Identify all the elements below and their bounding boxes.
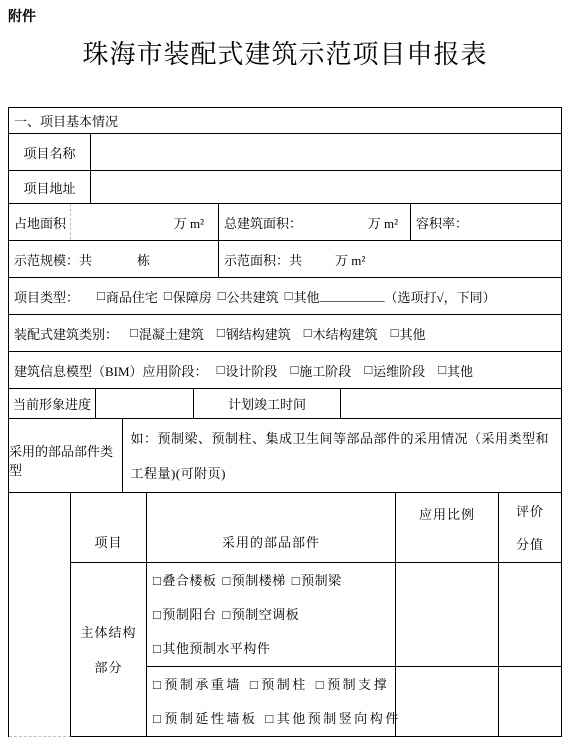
checkbox-option-label: 预制空调板 — [232, 598, 300, 632]
checkbox-icon: □ — [222, 564, 230, 598]
project-type-note: （选项打√，下同） — [385, 287, 496, 306]
checkbox-icon: □ — [217, 325, 225, 341]
completion-value[interactable] — [341, 389, 561, 419]
checkbox-option-label: 预制梁 — [301, 564, 342, 598]
checkbox-option[interactable]: □运维阶段 — [364, 361, 425, 380]
other-fill-blank[interactable]: __________ — [320, 288, 385, 304]
document-page: 附件 珠海市装配式建筑示范项目申报表 一、项目基本情况 项目名称 项目地址 占地… — [0, 0, 570, 744]
checkbox-option[interactable]: □其他 — [438, 361, 473, 380]
project-name-label: 项目名称 — [9, 134, 91, 171]
demo-area-unit: 万 m² — [335, 250, 365, 269]
bim-stage-row: 建筑信息模型（BIM）应用阶段： □设计阶段 □施工阶段 □运维阶段 □其他 — [9, 352, 561, 389]
checkbox-option-label: 叠合楼板 — [162, 564, 216, 598]
checkbox-icon: □ — [153, 598, 161, 632]
checkbox-option-label: 设计阶段 — [225, 361, 277, 380]
checkbox-option[interactable]: □叠合楼板 — [153, 564, 216, 598]
checkbox-option-label: 运维阶段 — [373, 361, 425, 380]
attachment-label: 附件 — [8, 6, 36, 26]
checkbox-option[interactable]: □混凝土建筑 — [130, 324, 204, 343]
checkbox-option-label: 保障房 — [173, 287, 212, 306]
checkbox-icon: □ — [222, 598, 230, 632]
checkbox-icon: □ — [250, 668, 260, 702]
project-address-value[interactable] — [91, 171, 561, 204]
checkbox-option[interactable]: □保障房 — [164, 287, 212, 306]
demo-scale-label: 示范规模：共 — [14, 250, 92, 269]
checkbox-icon: □ — [364, 362, 372, 378]
building-category-label: 装配式建筑类别： — [14, 324, 118, 343]
checkbox-option[interactable]: □预制承重墙 — [153, 668, 242, 702]
checkbox-option-label: 混凝土建筑 — [139, 324, 204, 343]
building-category-row: 装配式建筑类别： □混凝土建筑 □钢结构建筑 □木结构建筑 □其他 — [9, 315, 561, 352]
bim-stage-label: 建筑信息模型（BIM）应用阶段： — [14, 361, 208, 380]
table-row-vertical-members: □预制承重墙 □预制柱 □预制支撑 — [147, 667, 561, 737]
project-type-row: 项目类型： □商品住宅 □保障房 □公共建筑 □其他 __________ （选… — [9, 278, 561, 315]
column-guide-line — [70, 204, 71, 240]
checkbox-option-label: 木结构建筑 — [313, 324, 378, 343]
checkbox-icon: □ — [438, 362, 446, 378]
checkbox-option[interactable]: □木结构建筑 — [304, 324, 378, 343]
checkbox-option[interactable]: □其他 — [285, 287, 320, 306]
progress-value[interactable] — [96, 389, 194, 419]
checkbox-icon: □ — [290, 362, 298, 378]
table-row-horizontal-members: □叠合楼板 □预制楼梯 □预制梁 — [147, 563, 561, 667]
checkbox-option[interactable]: □钢结构建筑 — [217, 324, 291, 343]
score-table: 项目 采用的部品部件 应用比例 评价 分值 主体结构 部分 — [9, 493, 561, 737]
checkbox-icon: □ — [316, 668, 326, 702]
checkbox-option[interactable]: □其他预制竖向构件 — [265, 702, 400, 736]
demo-scale-cell[interactable]: 示范规模：共 栋 — [9, 241, 219, 278]
checkbox-icon: □ — [164, 288, 172, 304]
checkbox-icon: □ — [292, 564, 300, 598]
demo-scale-unit: 栋 — [137, 250, 150, 269]
checkbox-option[interactable]: □施工阶段 — [290, 361, 351, 380]
ratio-value-cell[interactable] — [396, 563, 499, 667]
col-header-score: 评价 分值 — [499, 493, 561, 563]
checkbox-option-label: 其他 — [400, 324, 426, 343]
checkbox-option-label: 其他预制竖向构件 — [277, 702, 401, 736]
score-left-spacer-cell — [9, 493, 71, 737]
group-label-main-structure: 主体结构 部分 — [71, 563, 147, 737]
checkbox-option-label: 预制延性墙板 — [164, 702, 257, 736]
checkbox-option-label: 公共建筑 — [227, 287, 279, 306]
checkbox-option-label: 预制阳台 — [162, 598, 216, 632]
checkbox-option[interactable]: □预制柱 — [250, 668, 308, 702]
components-cell: □叠合楼板 □预制楼梯 □预制梁 — [147, 563, 396, 667]
checkbox-icon: □ — [218, 288, 226, 304]
project-address-label: 项目地址 — [9, 171, 91, 204]
checkbox-icon: □ — [130, 325, 138, 341]
checkbox-option-label: 预制支撑 — [327, 668, 389, 702]
plot-ratio-label: 容积率： — [416, 213, 468, 232]
components-cell: □预制承重墙 □预制柱 □预制支撑 — [147, 667, 396, 737]
checkbox-option[interactable]: □其他 — [391, 324, 426, 343]
demo-area-label: 示范面积：共 — [224, 250, 302, 269]
components-type-label: 采用的部品部件类型 — [9, 419, 123, 493]
checkbox-icon: □ — [265, 702, 275, 736]
demo-area-cell[interactable]: 示范面积：共 万 m² — [219, 241, 561, 278]
col-header-components: 采用的部品部件 — [147, 493, 396, 563]
checkbox-icon: □ — [217, 362, 225, 378]
total-area-label: 总建筑面积： — [224, 213, 302, 232]
checkbox-option[interactable]: □预制楼梯 — [222, 564, 285, 598]
project-name-value[interactable] — [91, 134, 561, 171]
score-value-cell[interactable] — [499, 563, 561, 667]
checkbox-option[interactable]: □预制阳台 — [153, 598, 216, 632]
page-title: 珠海市装配式建筑示范项目申报表 — [0, 34, 570, 71]
checkbox-option-label: 商品住宅 — [106, 287, 158, 306]
checkbox-option[interactable]: □预制支撑 — [316, 668, 389, 702]
plot-ratio-cell[interactable]: 容积率： — [411, 204, 561, 241]
checkbox-option-label: 钢结构建筑 — [226, 324, 291, 343]
land-area-cell[interactable]: 占地面积 万 m² — [9, 204, 219, 241]
checkbox-icon: □ — [153, 668, 163, 702]
score-header-row: 项目 采用的部品部件 应用比例 评价 分值 — [71, 493, 561, 563]
checkbox-icon: □ — [391, 325, 399, 341]
col-header-score-line2: 分值 — [516, 534, 544, 553]
checkbox-option-label: 其他 — [294, 287, 320, 306]
checkbox-option-label: 其他预制水平构件 — [162, 632, 270, 666]
checkbox-option-label: 预制楼梯 — [232, 564, 286, 598]
application-form-table: 一、项目基本情况 项目名称 项目地址 占地面积 万 m² 总建筑面积： 万 m²… — [8, 107, 562, 737]
land-area-unit: 万 m² — [174, 213, 204, 232]
col-header-project: 项目 — [71, 493, 147, 563]
progress-label: 当前形象进度 — [9, 389, 96, 419]
checkbox-option-label: 预制承重墙 — [164, 668, 242, 702]
project-type-label: 项目类型： — [14, 287, 79, 306]
total-area-unit: 万 m² — [368, 213, 398, 232]
checkbox-option[interactable]: □其他预制水平构件 — [153, 632, 270, 666]
checkbox-option[interactable]: □设计阶段 — [217, 361, 278, 380]
checkbox-option-label: 其他 — [447, 361, 473, 380]
checkbox-option[interactable]: □预制梁 — [292, 564, 342, 598]
checkbox-icon: □ — [153, 564, 161, 598]
group-label-line2: 部分 — [94, 650, 122, 685]
score-value-cell[interactable] — [499, 667, 561, 737]
group-label-line1: 主体结构 — [80, 615, 136, 650]
components-type-hint[interactable]: 如：预制梁、预制柱、集成卫生间等部品部件的采用情况（采用类型和工程量)(可附页) — [123, 419, 561, 493]
land-area-label: 占地面积 — [14, 213, 66, 232]
checkbox-icon: □ — [304, 325, 312, 341]
checkbox-option[interactable]: □商品住宅 — [97, 287, 158, 306]
completion-label: 计划竣工时间 — [194, 389, 341, 419]
checkbox-option[interactable]: □预制空调板 — [222, 598, 299, 632]
checkbox-icon: □ — [285, 288, 293, 304]
checkbox-option-label: 施工阶段 — [299, 361, 351, 380]
checkbox-option[interactable]: □预制延性墙板 — [153, 702, 257, 736]
checkbox-option[interactable]: □公共建筑 — [218, 287, 279, 306]
checkbox-icon: □ — [153, 632, 161, 666]
checkbox-option-label: 预制柱 — [261, 668, 308, 702]
checkbox-icon: □ — [153, 702, 163, 736]
col-header-score-line1: 评价 — [516, 501, 544, 520]
ratio-value-cell[interactable] — [396, 667, 499, 737]
total-area-cell[interactable]: 总建筑面积： 万 m² — [219, 204, 411, 241]
checkbox-icon: □ — [97, 288, 105, 304]
col-header-ratio: 应用比例 — [396, 493, 499, 563]
section1-title: 一、项目基本情况 — [9, 108, 561, 134]
